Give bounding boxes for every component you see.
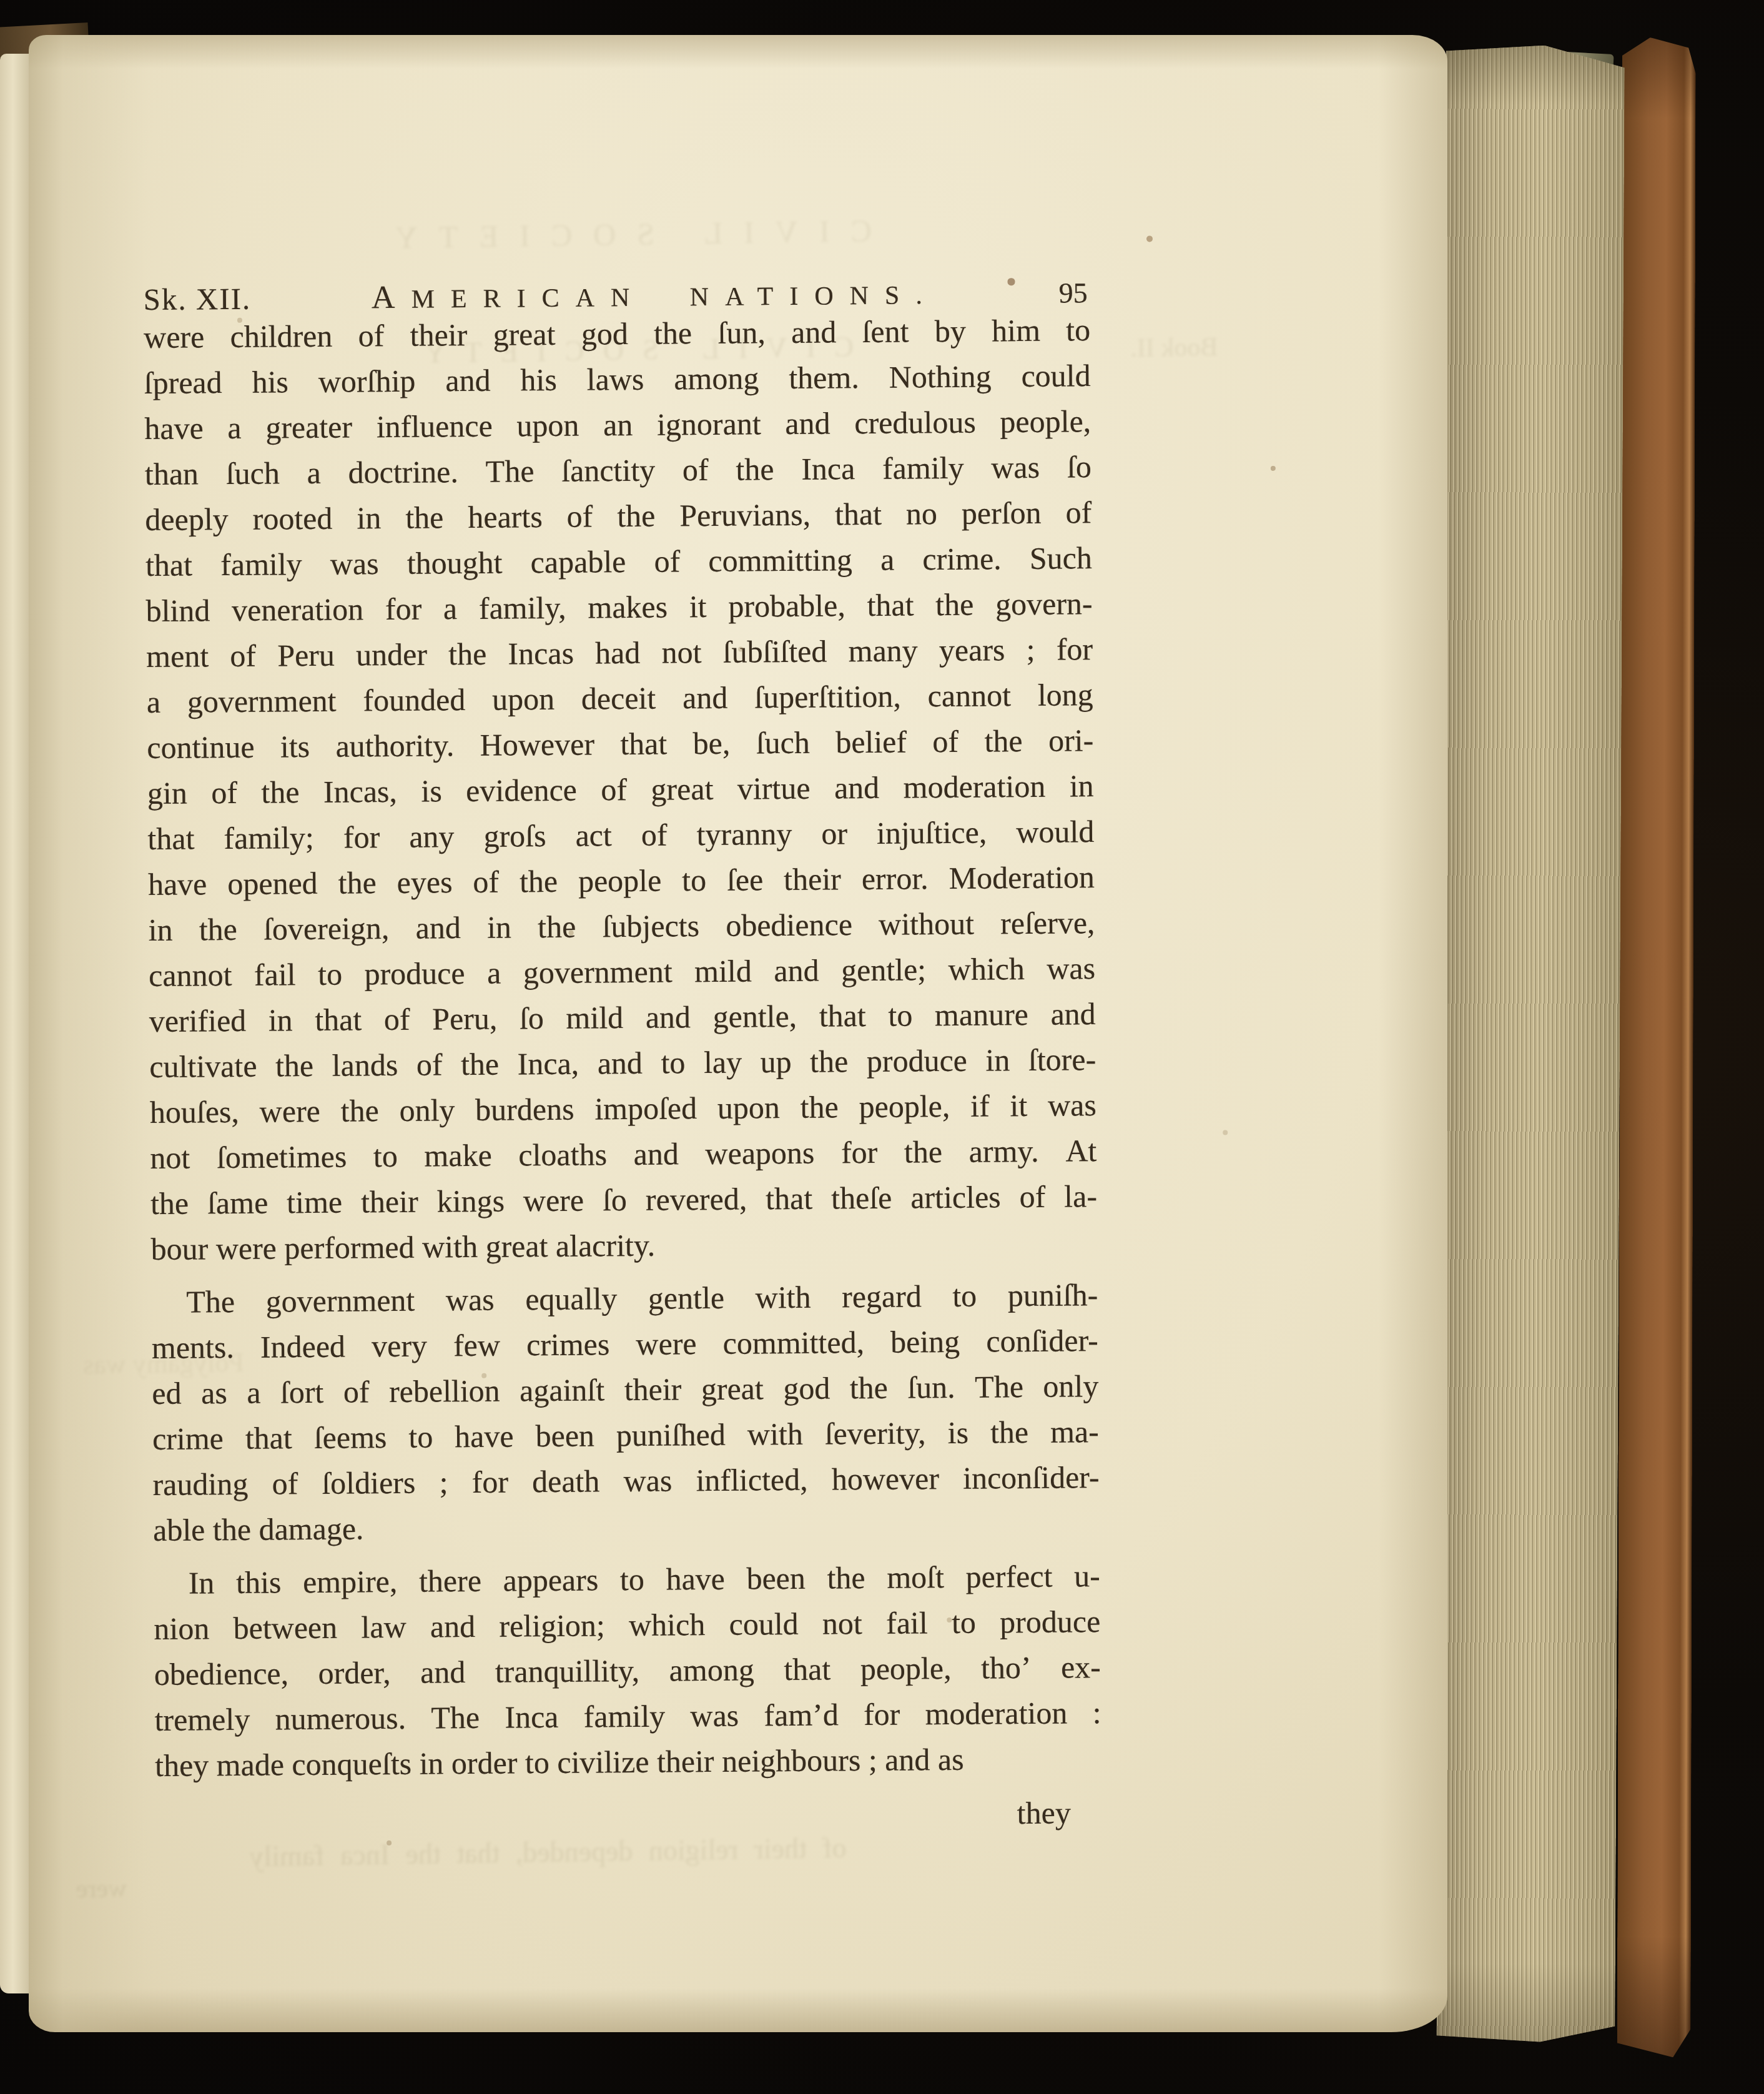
- text-line: nionbetweenlawandreligion;whichcouldnotf…: [154, 1599, 1101, 1652]
- text-line: edasaſortofrebellionagainſttheirgreatgod…: [152, 1363, 1099, 1416]
- text-line: ſpreadhisworſhipandhislawsamongthem.Noth…: [144, 353, 1091, 406]
- printed-content: CIVIL SOCIETY CIVIL SOCIETY Book II. Pol…: [0, 0, 1764, 2094]
- text-line: agovernmentfoundedupondeceitandſuperſtit…: [146, 672, 1093, 725]
- page-number: 95: [1058, 276, 1090, 309]
- text-line: they made conqueſts in order to civilize…: [155, 1736, 1102, 1789]
- text-line: raudingofſoldiers;fordeathwasinflicted,h…: [152, 1454, 1100, 1508]
- text-line: werechildrenoftheirgreatgodtheſun,andſen…: [144, 307, 1091, 360]
- text-line: deeplyrootedintheheartsofthePeruvians,th…: [145, 490, 1092, 543]
- book-photograph: CIVIL SOCIETY CIVIL SOCIETY Book II. Pol…: [0, 0, 1764, 2094]
- catchword-line: they: [155, 1790, 1103, 1843]
- text-line: Thegovernmentwasequallygentlewithregardt…: [151, 1272, 1098, 1325]
- text-line: blindvenerationforafamily,makesitprobabl…: [145, 581, 1093, 634]
- bleedthrough-text: CIVIL SOCIETY: [373, 212, 872, 256]
- text-line: haveagreaterinfluenceuponanignorantandcr…: [144, 398, 1091, 452]
- text-line: bour were performed with great alacrity.: [150, 1219, 1098, 1272]
- text-line: thatfamilywasthoughtcapableofcommittinga…: [145, 535, 1093, 588]
- text-line: ginoftheIncas,isevidenceofgreatvirtueand…: [147, 763, 1095, 816]
- text-line: verifiedinthatofPeru,ſomildandgentle,tha…: [149, 991, 1096, 1044]
- text-line: notſometimestomakecloathsandweaponsforth…: [150, 1128, 1097, 1181]
- text-line: tremelynumerous.TheIncafamilywasfam’dfor…: [154, 1690, 1101, 1743]
- text-line: intheſovereign,andintheſubjectsobedience…: [148, 900, 1095, 953]
- text-line: houſes,weretheonlyburdensimpoſeduponthep…: [150, 1082, 1097, 1135]
- paragraph: Thegovernmentwasequallygentlewithregardt…: [151, 1272, 1100, 1553]
- catchword: they: [1017, 1795, 1071, 1830]
- bleedthrough-text: were: [76, 1874, 127, 1904]
- bleedthrough-text: Book II.: [1130, 332, 1218, 363]
- text-line: continueitsauthority.Howeverthatbe,ſuchb…: [147, 718, 1094, 771]
- text-line: cannotfailtoproduceagovernmentmildandgen…: [149, 946, 1096, 999]
- text-line: Inthisempire,thereappearstohavebeenthemo…: [154, 1553, 1101, 1606]
- text-line: haveopenedtheeyesofthepeopletoſeetheirer…: [148, 854, 1095, 907]
- paragraph: werechildrenoftheirgreatgodtheſun,andſen…: [144, 307, 1098, 1272]
- text-line: crimethatſeemstohavebeenpuniſhedwithſeve…: [152, 1409, 1100, 1462]
- text-line: cultivatethelandsoftheInca,andtolayupthe…: [149, 1037, 1096, 1090]
- text-line: obedience,order,andtranquillity,amongtha…: [154, 1644, 1101, 1697]
- text-line: mentofPeruundertheIncashadnotſubſiſtedma…: [146, 626, 1093, 679]
- text-line: thatfamily;foranygroſsactoftyrannyorinju…: [147, 809, 1095, 862]
- section-label: Sk. XII.: [143, 281, 251, 317]
- text-line: able the damage.: [153, 1500, 1100, 1553]
- text-line: theſametimetheirkingswereſorevered,thatt…: [150, 1173, 1098, 1227]
- text-block: werechildrenoftheirgreatgodtheſun,andſen…: [144, 307, 1102, 1843]
- paragraph: Inthisempire,thereappearstohavebeenthemo…: [154, 1553, 1102, 1789]
- text-line: thanſuchadoctrine.TheſanctityoftheIncafa…: [145, 444, 1092, 497]
- text-line: ments.Indeedveryfewcrimeswerecommitted,b…: [152, 1318, 1099, 1371]
